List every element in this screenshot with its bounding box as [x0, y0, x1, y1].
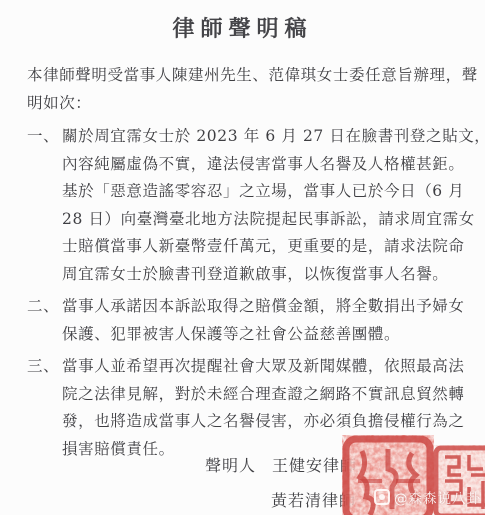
list-item-1-line: 周宜霈女士於臉書刊登道歉啟事，以恢復當事人名譽。 [62, 261, 460, 289]
list-item-1-line: 內容純屬虛偽不實，違法侵害當事人名譽及人格權甚鉅。 [62, 151, 460, 179]
list-item-3-line: 發，也將造成當事人之名譽侵害，亦必須負擔侵權行為之 [62, 408, 460, 436]
document-title: 律師聲明稿 [0, 12, 485, 43]
list-item-1-line: 基於「惡意造謠零容忍」之立場，當事人已於今日（6 月 [62, 178, 460, 206]
document-body: 本律師聲明受當事人陳建州先生、范偉琪女士委任意旨辦理，聲 明如次： 一、 關於周… [27, 62, 460, 468]
list-item-1: 一、 關於周宜霈女士於 2023 年 6 月 27 日在臉書刊登之貼文， 內容純… [27, 123, 460, 288]
list-item-2-marker: 二、 [27, 293, 62, 321]
list-item-2-line: 當事人承諾因本訴訟取得之賠償金額，將全數捐出予婦女 [62, 293, 460, 321]
list-item-1-marker: 一、 [27, 123, 62, 151]
list-item-2-text: 當事人承諾因本訴訟取得之賠償金額，將全數捐出予婦女 保護、犯罪被害人保護等之社會… [62, 293, 460, 348]
list-item-1-line: 士賠償當事人新臺幣壹仟萬元，更重要的是，請求法院命 [62, 233, 460, 261]
intro-line: 本律師聲明受當事人陳建州先生、范偉琪女士委任意旨辦理，聲 [27, 62, 460, 90]
list-item-1-line: 28 日）向臺灣臺北地方法院提起民事訴訟，請求周宜霈女 [62, 206, 460, 234]
list-item-1-line: 關於周宜霈女士於 2023 年 6 月 27 日在臉書刊登之貼文， [62, 123, 460, 151]
watermark-logo-icon [374, 489, 390, 505]
list-item-2-line: 保護、犯罪被害人保護等之社會公益慈善團體。 [62, 321, 460, 349]
list-item-3-marker: 三、 [27, 353, 62, 381]
list-item-1-text: 關於周宜霈女士於 2023 年 6 月 27 日在臉書刊登之貼文， 內容純屬虛偽… [62, 123, 460, 288]
intro-paragraph: 本律師聲明受當事人陳建州先生、范偉琪女士委任意旨辦理，聲 明如次： [27, 62, 460, 117]
signature-label: 聲明人 [205, 453, 256, 476]
list-item-2: 二、 當事人承諾因本訴訟取得之賠償金額，將全數捐出予婦女 保護、犯罪被害人保護等… [27, 293, 460, 348]
intro-line: 明如次： [27, 90, 460, 118]
document-page: 律師聲明稿 本律師聲明受當事人陳建州先生、范偉琪女士委任意旨辦理，聲 明如次： … [0, 0, 485, 515]
list-item-3-line: 當事人並希望再次提醒社會大眾及新聞媒體，依照最高法 [62, 353, 460, 381]
signature-block: 聲明人 王健安律師 黃若清律師 [205, 453, 357, 511]
list-item-3-line: 院之法律見解，對於未經合理查證之網路不實訊息貿然轉 [62, 381, 460, 409]
watermark-text: @森森说八卦 [394, 487, 481, 507]
watermark: @森森说八卦 [374, 487, 481, 507]
